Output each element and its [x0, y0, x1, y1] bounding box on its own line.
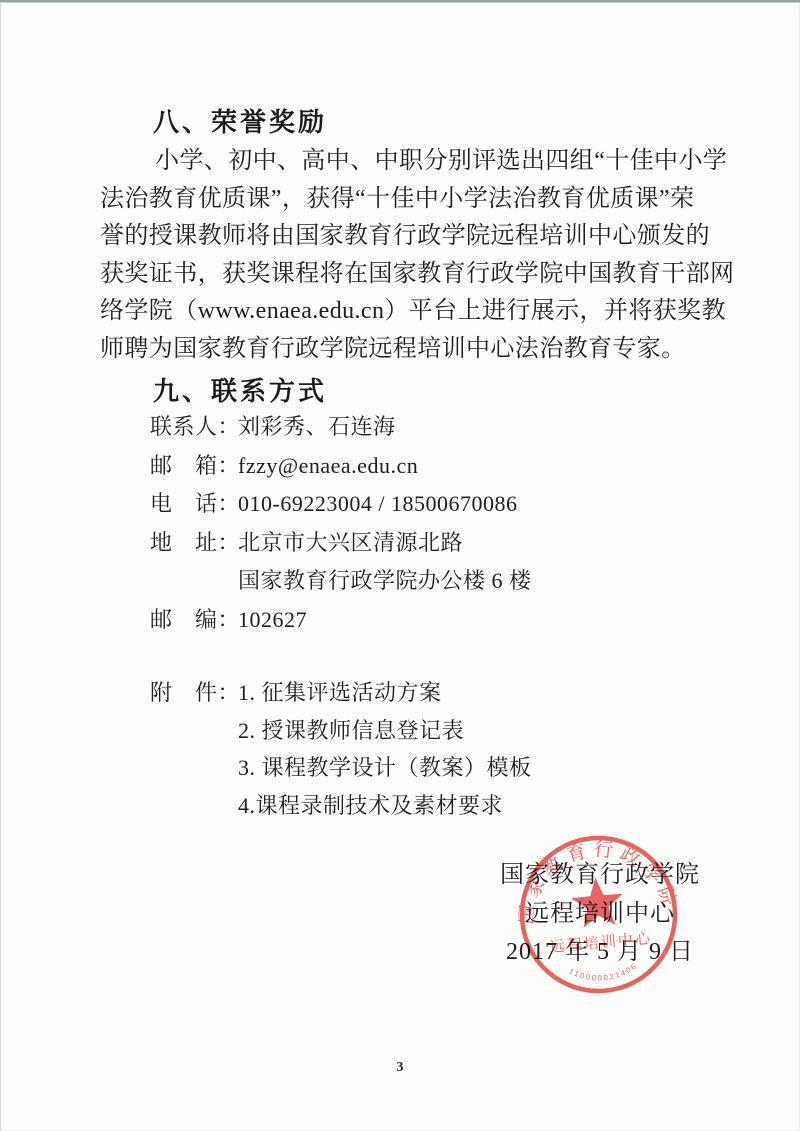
star-icon [569, 875, 625, 928]
paragraph-line: 誉的授课教师将由国家教育行政学院远程培训中心颁发的 [100, 218, 716, 256]
attachments-label: 附 件： [150, 674, 238, 824]
contact-label: 地 址： [150, 524, 238, 563]
contact-label [150, 562, 238, 601]
contact-row-address: 地 址： 北京市大兴区清源北路 [150, 524, 532, 563]
paragraph-line: 师聘为国家教育行政学院远程培训中心法治教育专家。 [100, 331, 716, 369]
document-page: 八、荣誉奖励 小学、初中、高中、中职分别评选出四组“十佳中小学 法治教育优质课”… [0, 0, 800, 1131]
page-number: 3 [0, 1060, 800, 1076]
contact-value: 北京市大兴区清源北路 [238, 524, 463, 563]
attachments-block: 附 件： 1. 征集评选活动方案 2. 授课教师信息登记表 3. 课程教学设计（… [150, 674, 532, 824]
paragraph-line: 络学院（www.enaea.edu.cn）平台上进行展示，并将获奖教 [100, 293, 716, 331]
contact-value: 102627 [238, 601, 307, 640]
contact-label: 邮 编： [150, 601, 238, 640]
contact-value: 国家教育行政学院办公楼 6 楼 [238, 562, 532, 601]
contact-label: 电 话： [150, 485, 238, 524]
contact-list: 联系人： 刘彩秀、石连海 邮 箱： fzzy@enaea.edu.cn 电 话：… [150, 408, 532, 640]
official-seal: 国家教育行政学院 远程培训中心 110000021406 [511, 827, 685, 1001]
attachment-item: 3. 课程教学设计（教案）模板 [238, 749, 532, 787]
contact-value: 刘彩秀、石连海 [238, 408, 396, 447]
contact-row-address-line2: 国家教育行政学院办公楼 6 楼 [150, 562, 532, 601]
contact-row-person: 联系人： 刘彩秀、石连海 [150, 408, 532, 447]
section-heading-contact: 九、联系方式 [153, 371, 327, 408]
section-heading-honor: 八、荣誉奖励 [153, 102, 327, 139]
attachment-item: 2. 授课教师信息登记表 [238, 712, 532, 750]
contact-row-phone: 电 话： 010-69223004 / 18500670086 [150, 485, 532, 524]
seal-serial-number: 110000021406 [567, 961, 640, 986]
contact-value: 010-69223004 / 18500670086 [238, 485, 517, 524]
attachment-item: 4.课程录制技术及素材要求 [238, 787, 532, 825]
contact-row-postcode: 邮 编： 102627 [150, 601, 532, 640]
honor-paragraph: 小学、初中、高中、中职分别评选出四组“十佳中小学 法治教育优质课”，获得“十佳中… [100, 143, 716, 368]
contact-label: 邮 箱： [150, 447, 238, 486]
contact-label: 联系人： [150, 408, 238, 447]
contact-value: fzzy@enaea.edu.cn [238, 447, 418, 486]
paragraph-line: 法治教育优质课”，获得“十佳中小学法治教育优质课”荣 [100, 181, 716, 219]
contact-row-email: 邮 箱： fzzy@enaea.edu.cn [150, 447, 532, 486]
paragraph-line: 小学、初中、高中、中职分别评选出四组“十佳中小学 [100, 143, 716, 181]
attachment-item: 1. 征集评选活动方案 [238, 674, 532, 712]
seal-inner-text: 远程培训中心 [549, 929, 653, 956]
attachments-list: 1. 征集评选活动方案 2. 授课教师信息登记表 3. 课程教学设计（教案）模板… [238, 674, 532, 824]
paragraph-line: 获奖证书，获奖课程将在国家教育行政学院中国教育干部网 [100, 256, 716, 294]
